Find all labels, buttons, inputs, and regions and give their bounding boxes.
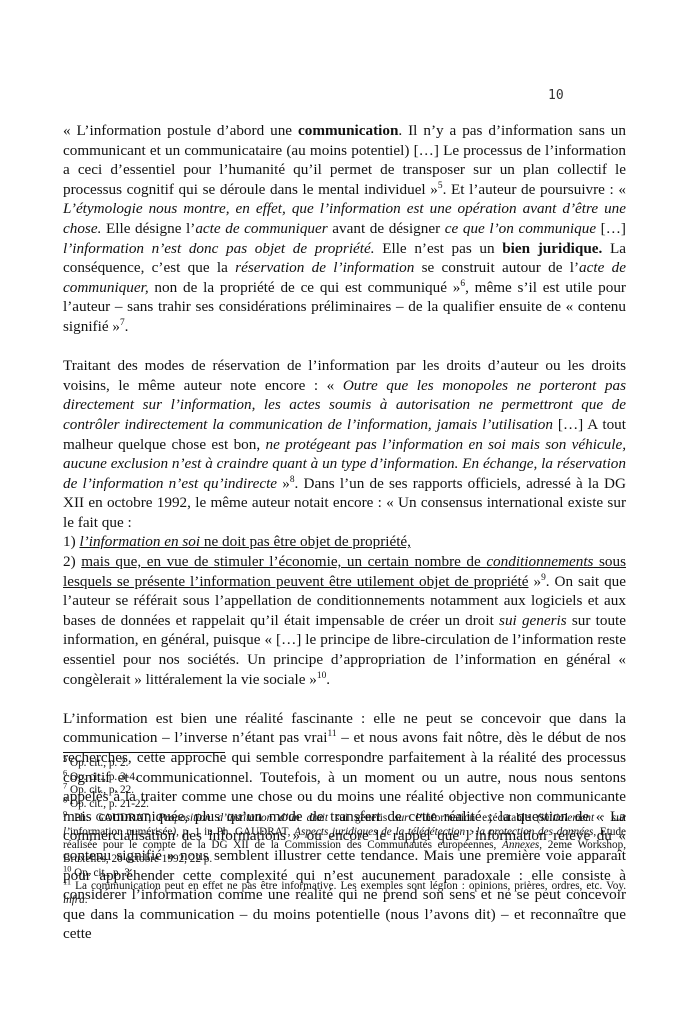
italic-text: Proposition d’institution d’un droit bbox=[158, 812, 328, 824]
text: « L’information postule d’abord une bbox=[63, 122, 298, 139]
italic-text: sui generis bbox=[499, 612, 567, 629]
italic-text: l’information en soi bbox=[79, 533, 200, 550]
bold-term: bien juridique. bbox=[502, 240, 602, 257]
footnote-11: 11 La communication peut en effet ne pas… bbox=[63, 880, 626, 907]
footnote-text: information exécutable bbox=[422, 812, 537, 824]
footnote-7: 7 Op. cit., p. 22. bbox=[63, 784, 626, 798]
page-number: 10 bbox=[548, 88, 564, 103]
footnote-text: Op. cit., p. 2. bbox=[70, 757, 128, 769]
footnote-number: 11 bbox=[63, 878, 71, 887]
text: mais que, en vue de stimuler l’économie,… bbox=[81, 553, 486, 570]
footnote-text: sui generis bbox=[328, 812, 394, 824]
list-item-2: 2) mais que, en vue de stimuler l’économ… bbox=[63, 553, 626, 590]
text: . Et l’auteur de poursuivre : « bbox=[443, 181, 626, 198]
footnote-9: 9 Ph. GAUDRAT, Proposition d’institution… bbox=[63, 812, 626, 867]
italic-text: ce que l’on communique bbox=[445, 220, 596, 237]
text: Elle désigne l’ bbox=[101, 220, 195, 237]
text: non de la propriété de ce qui est commun… bbox=[149, 279, 461, 296]
footnote-number: 8 bbox=[63, 795, 67, 804]
italic-text: conditionnements bbox=[486, 553, 593, 570]
footnote-ref[interactable]: 10 bbox=[317, 671, 326, 681]
text: Elle n’est pas un bbox=[375, 240, 503, 257]
list-item-1: 1) l’information en soi ne doit pas être… bbox=[63, 532, 626, 552]
footnotes: 5 Op. cit., p. 2. 6 Op. cit., p. 3-4. 7 … bbox=[63, 757, 626, 908]
footnote-ref[interactable]: 11 bbox=[327, 729, 336, 739]
text: ne doit pas être objet de propriété, bbox=[200, 533, 411, 550]
italic-text: réservation de l’information bbox=[235, 259, 414, 276]
bold-term: communication bbox=[298, 122, 398, 139]
footnote-text: Op. cit., p. 22. bbox=[70, 784, 134, 796]
footnote-text: Ph. GAUDRAT, bbox=[74, 812, 158, 824]
footnote-separator bbox=[63, 752, 225, 753]
footnote-text: information numérisée bbox=[70, 826, 173, 838]
underlined-text: l’information en soi ne doit pas être ob… bbox=[79, 533, 411, 550]
text: avant de désigner bbox=[328, 220, 445, 237]
footnote-5: 5 Op. cit., p. 2. bbox=[63, 757, 626, 771]
underlined-text: mais que, en vue de stimuler l’économie,… bbox=[63, 553, 626, 590]
footnote-text: Op. cit., p. 3. bbox=[74, 867, 132, 879]
footnote-text: . bbox=[85, 894, 88, 906]
text: » bbox=[277, 475, 290, 492]
footnote-10: 10 Op. cit., p. 3. bbox=[63, 867, 626, 881]
text: » bbox=[529, 573, 542, 590]
footnote-text: p. 1 in Ph. GAUDRAT, bbox=[179, 826, 294, 838]
footnote-6: 6 Op. cit., p. 3-4. bbox=[63, 771, 626, 785]
footnote-number: 9 bbox=[63, 809, 67, 818]
footnote-text: La communication peut en effet ne pas êt… bbox=[75, 880, 626, 892]
footnote-number: 5 bbox=[63, 754, 67, 763]
footnote-number: 6 bbox=[63, 768, 67, 777]
footnote-number: 10 bbox=[63, 864, 71, 873]
text: se construit autour de l’ bbox=[414, 259, 579, 276]
footnote-number: 7 bbox=[63, 782, 67, 791]
italic-text: l’information n’est donc pas objet de pr… bbox=[63, 240, 375, 257]
footnote-8: 8 Op. cit., p. 21-22. bbox=[63, 798, 626, 812]
footnote-text: Op. cit., p. 3-4. bbox=[70, 771, 138, 783]
text: . bbox=[125, 318, 129, 335]
paragraph-1: « L’information postule d’abord une comm… bbox=[63, 121, 626, 337]
italic-text: Aspects juridiques de la télédétection :… bbox=[294, 826, 593, 838]
footnote-text: Op. cit., p. 21-22. bbox=[70, 798, 149, 810]
text: […] bbox=[596, 220, 626, 237]
paragraph-2: Traitant des modes de réservation de l’i… bbox=[63, 356, 626, 689]
list-number: 1) bbox=[63, 533, 79, 550]
text: . bbox=[326, 671, 330, 688]
italic-text: infra bbox=[63, 894, 85, 906]
italic-text: sur l’ bbox=[394, 812, 422, 824]
italic-text: Annexes bbox=[502, 839, 539, 851]
list-number: 2) bbox=[63, 553, 81, 570]
italic-text: acte de communiquer bbox=[195, 220, 327, 237]
